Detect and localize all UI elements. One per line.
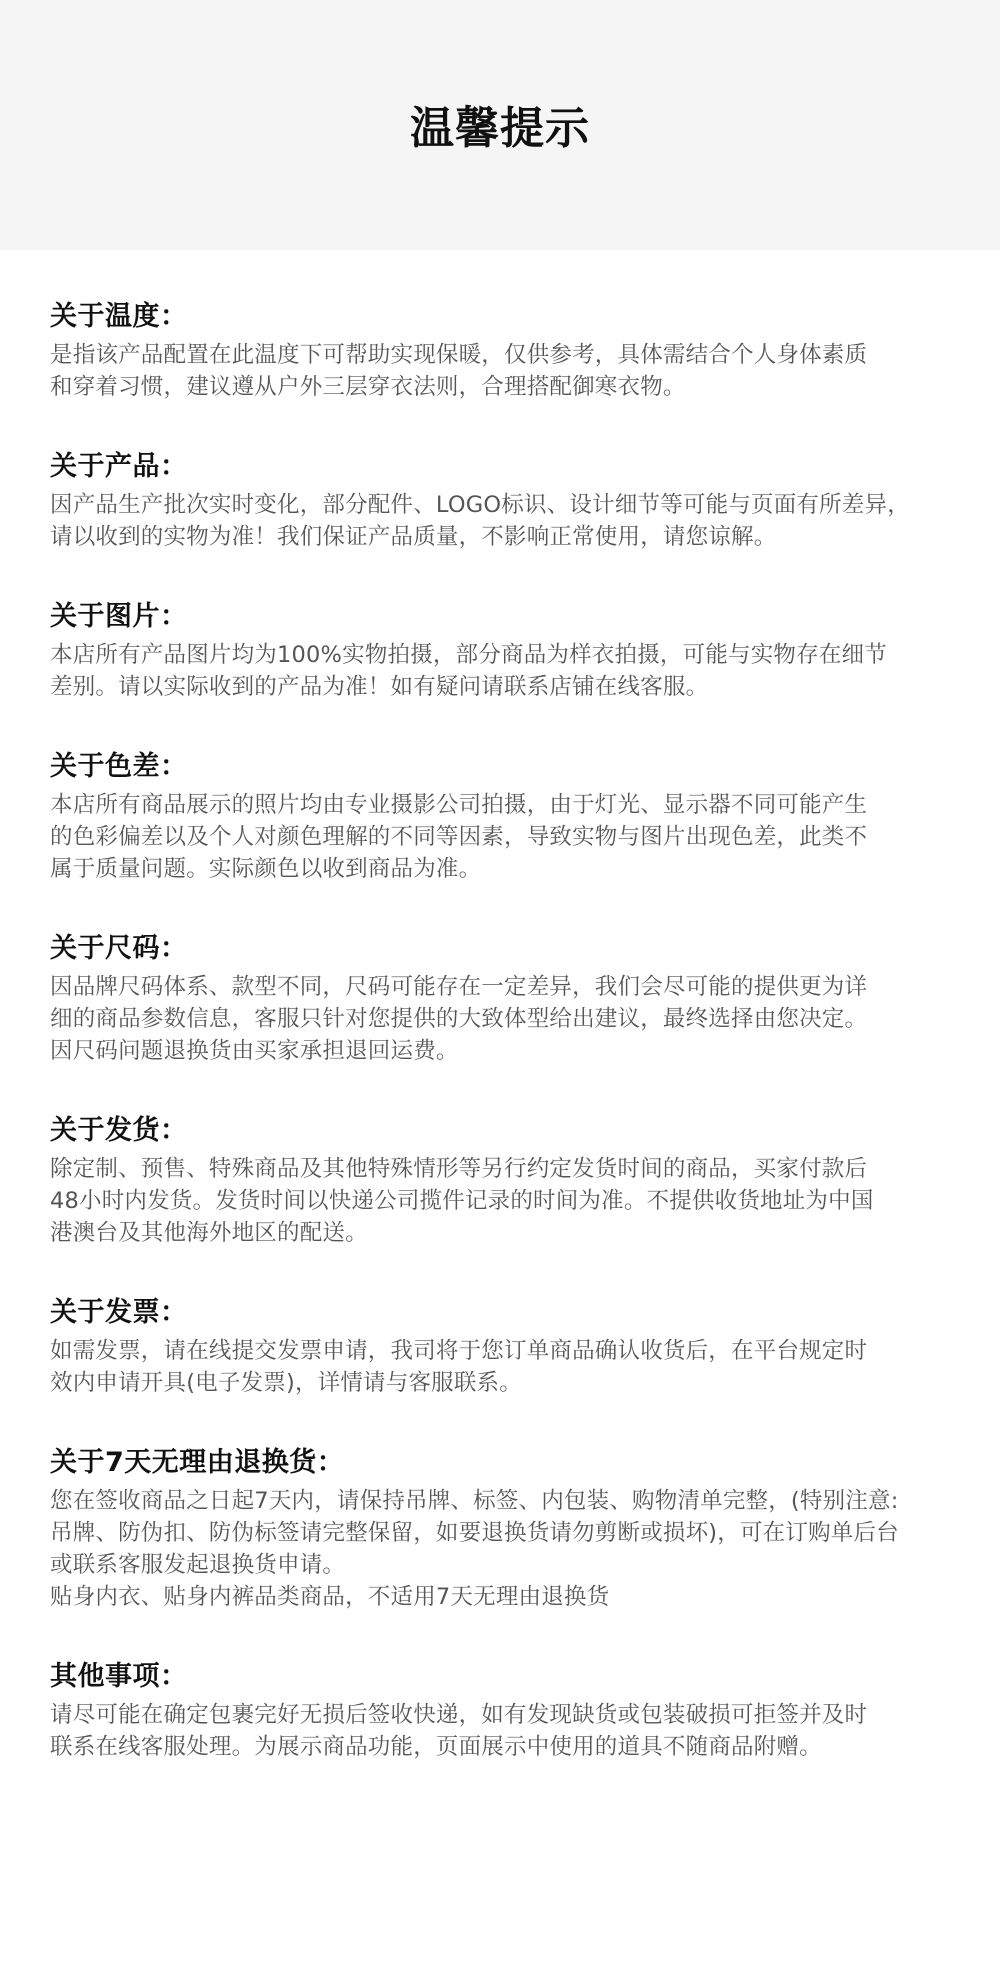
body-line: 如需发票，请在线提交发票申请，我司将于您订单商品确认收货后，在平台规定时	[50, 1335, 1000, 1367]
section-body: 因产品生产批次实时变化，部分配件、LOGO标识、设计细节等可能与页面有所差异， …	[50, 489, 1000, 553]
section-heading: 关于7天无理由退换货：	[50, 1443, 1000, 1483]
section-heading: 其他事项：	[50, 1657, 1000, 1697]
section-heading: 关于色差：	[50, 747, 1000, 787]
section-body: 您在签收商品之日起7天内，请保持吊牌、标签、内包装、购物清单完整，(特别注意: …	[50, 1485, 1000, 1613]
section-body: 本店所有产品图片均为100%实物拍摄，部分商品为样衣拍摄，可能与实物存在细节 差…	[50, 639, 1000, 703]
section-body: 本店所有商品展示的照片均由专业摄影公司拍摄，由于灯光、显示器不同可能产生 的色彩…	[50, 789, 1000, 885]
body-line: 的色彩偏差以及个人对颜色理解的不同等因素，导致实物与图片出现色差，此类不	[50, 821, 1000, 853]
notice-content: 关于温度： 是指该产品配置在此温度下可帮助实现保暖，仅供参考，具体需结合个人身体…	[0, 250, 1000, 1763]
body-line: 本店所有商品展示的照片均由专业摄影公司拍摄，由于灯光、显示器不同可能产生	[50, 789, 1000, 821]
section-sizing: 关于尺码： 因品牌尺码体系、款型不同，尺码可能存在一定差异，我们会尽可能的提供更…	[50, 929, 1000, 1067]
body-line: 本店所有产品图片均为100%实物拍摄，部分商品为样衣拍摄，可能与实物存在细节	[50, 639, 1000, 671]
body-line: 因品牌尺码体系、款型不同，尺码可能存在一定差异，我们会尽可能的提供更为详	[50, 971, 1000, 1003]
body-line: 请尽可能在确定包裹完好无损后签收快递，如有发现缺货或包装破损可拒签并及时	[50, 1699, 1000, 1731]
body-line: 联系在线客服处理。为展示商品功能，页面展示中使用的道具不随商品附赠。	[50, 1731, 1000, 1763]
body-line: 是指该产品配置在此温度下可帮助实现保暖，仅供参考，具体需结合个人身体素质	[50, 339, 1000, 371]
body-line: 您在签收商品之日起7天内，请保持吊牌、标签、内包装、购物清单完整，(特别注意:	[50, 1485, 1000, 1517]
section-images: 关于图片： 本店所有产品图片均为100%实物拍摄，部分商品为样衣拍摄，可能与实物…	[50, 597, 1000, 703]
section-body: 如需发票，请在线提交发票申请，我司将于您订单商品确认收货后，在平台规定时 效内申…	[50, 1335, 1000, 1399]
body-line: 请以收到的实物为准！我们保证产品质量，不影响正常使用，请您谅解。	[50, 521, 1000, 553]
body-line: 或联系客服发起退换货申请。	[50, 1549, 1000, 1581]
section-other-matters: 其他事项： 请尽可能在确定包裹完好无损后签收快递，如有发现缺货或包装破损可拒签并…	[50, 1657, 1000, 1763]
section-body: 请尽可能在确定包裹完好无损后签收快递，如有发现缺货或包装破损可拒签并及时 联系在…	[50, 1699, 1000, 1763]
body-line: 差别。请以实际收到的产品为准！如有疑问请联系店铺在线客服。	[50, 671, 1000, 703]
body-line: 和穿着习惯，建议遵从户外三层穿衣法则，合理搭配御寒衣物。	[50, 371, 1000, 403]
body-line: 贴身内衣、贴身内裤品类商品，不适用7天无理由退换货	[50, 1581, 1000, 1613]
body-line: 除定制、预售、特殊商品及其他特殊情形等另行约定发货时间的商品，买家付款后	[50, 1153, 1000, 1185]
section-heading: 关于尺码：	[50, 929, 1000, 969]
section-heading: 关于发货：	[50, 1111, 1000, 1151]
section-body: 是指该产品配置在此温度下可帮助实现保暖，仅供参考，具体需结合个人身体素质 和穿着…	[50, 339, 1000, 403]
body-line: 效内申请开具(电子发票)，详情请与客服联系。	[50, 1367, 1000, 1399]
section-7-day-returns: 关于7天无理由退换货： 您在签收商品之日起7天内，请保持吊牌、标签、内包装、购物…	[50, 1443, 1000, 1613]
section-invoice: 关于发票： 如需发票，请在线提交发票申请，我司将于您订单商品确认收货后，在平台规…	[50, 1293, 1000, 1399]
section-heading: 关于产品：	[50, 447, 1000, 487]
section-color-difference: 关于色差： 本店所有商品展示的照片均由专业摄影公司拍摄，由于灯光、显示器不同可能…	[50, 747, 1000, 885]
section-heading: 关于发票：	[50, 1293, 1000, 1333]
section-heading: 关于温度：	[50, 297, 1000, 337]
page-title: 温馨提示	[410, 92, 590, 156]
page-header: 温馨提示	[0, 0, 1000, 250]
body-line: 48小时内发货。发货时间以快递公司揽件记录的时间为准。不提供收货地址为中国	[50, 1185, 1000, 1217]
body-line: 吊牌、防伪扣、防伪标签请完整保留，如要退换货请勿剪断或损坏)，可在订购单后台	[50, 1517, 1000, 1549]
section-body: 除定制、预售、特殊商品及其他特殊情形等另行约定发货时间的商品，买家付款后 48小…	[50, 1153, 1000, 1249]
section-shipping: 关于发货： 除定制、预售、特殊商品及其他特殊情形等另行约定发货时间的商品，买家付…	[50, 1111, 1000, 1249]
body-line: 港澳台及其他海外地区的配送。	[50, 1217, 1000, 1249]
section-product: 关于产品： 因产品生产批次实时变化，部分配件、LOGO标识、设计细节等可能与页面…	[50, 447, 1000, 553]
body-line: 细的商品参数信息，客服只针对您提供的大致体型给出建议，最终选择由您决定。	[50, 1003, 1000, 1035]
section-temperature: 关于温度： 是指该产品配置在此温度下可帮助实现保暖，仅供参考，具体需结合个人身体…	[50, 297, 1000, 403]
body-line: 因产品生产批次实时变化，部分配件、LOGO标识、设计细节等可能与页面有所差异，	[50, 489, 1000, 521]
body-line: 属于质量问题。实际颜色以收到商品为准。	[50, 853, 1000, 885]
section-body: 因品牌尺码体系、款型不同，尺码可能存在一定差异，我们会尽可能的提供更为详 细的商…	[50, 971, 1000, 1067]
body-line: 因尺码问题退换货由买家承担退回运费。	[50, 1035, 1000, 1067]
section-heading: 关于图片：	[50, 597, 1000, 637]
